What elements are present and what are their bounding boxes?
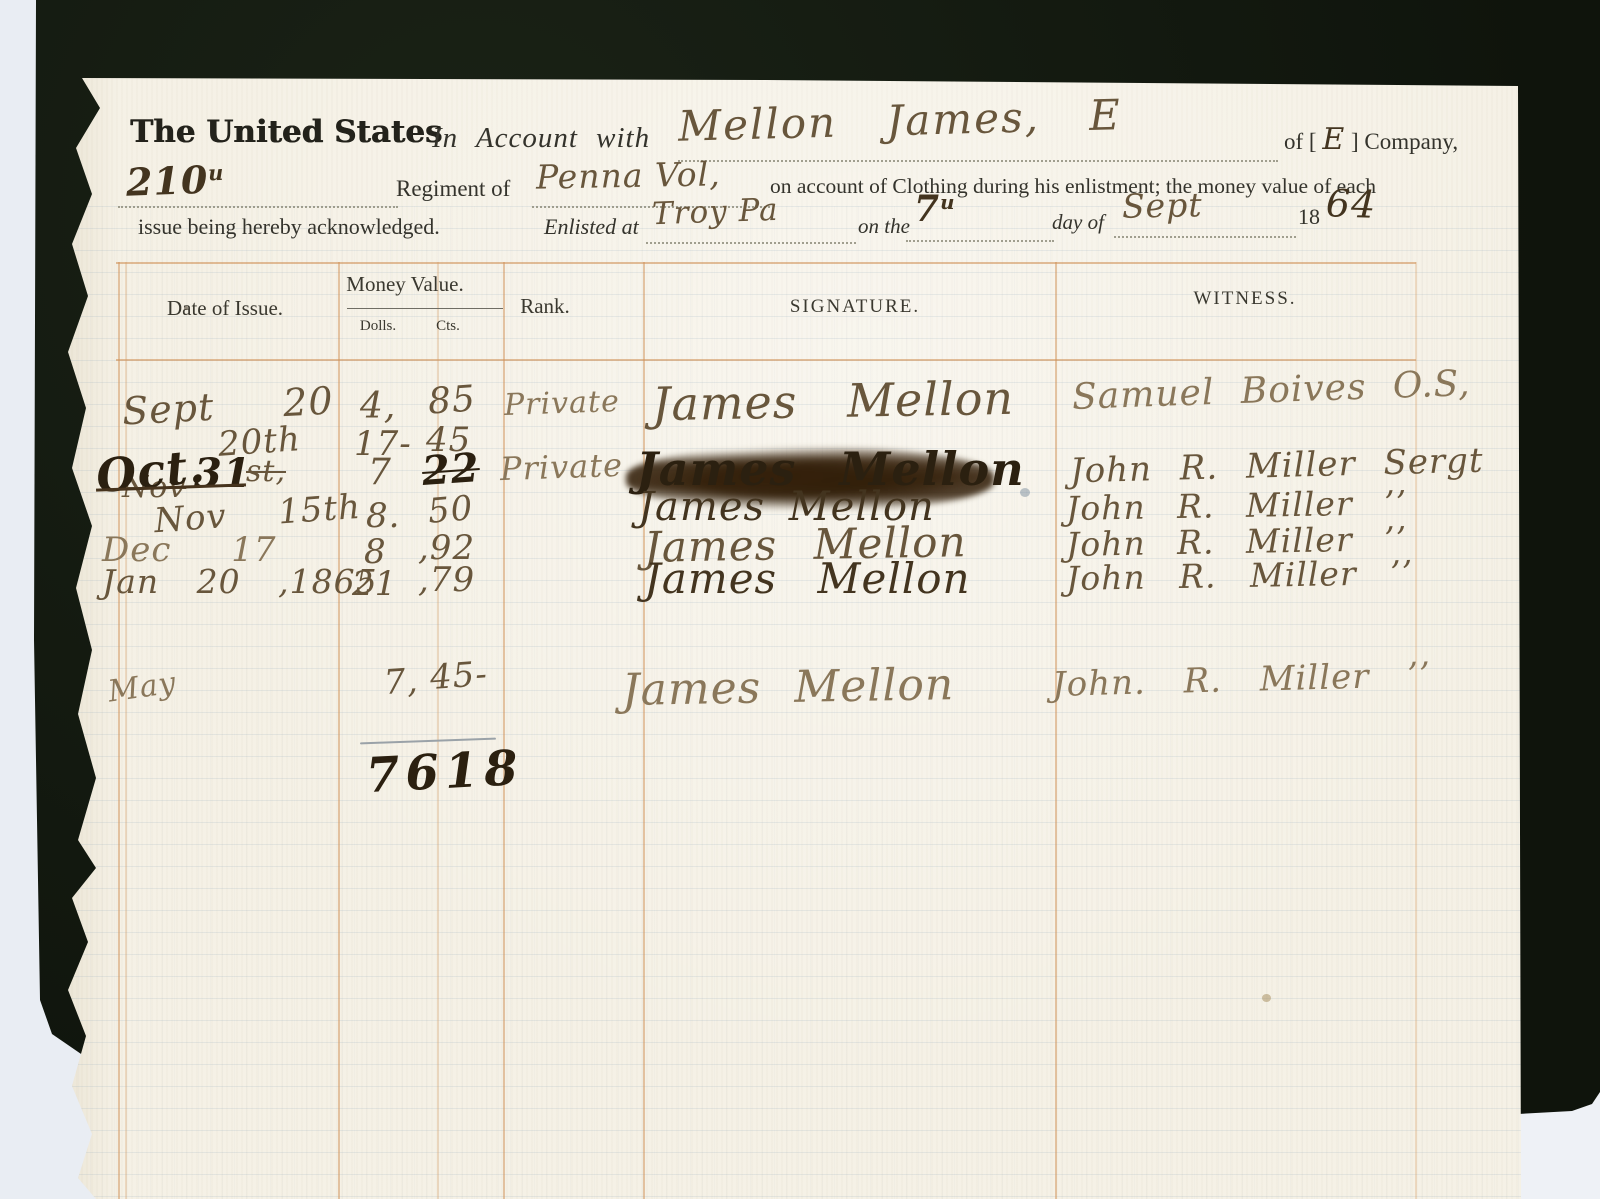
regiment-name-handwritten: Penna Vol, [536, 154, 721, 196]
regiment-number-suffix: u [208, 160, 225, 186]
column-header-dolls: Dolls. [348, 318, 408, 335]
vertical-rule [1055, 262, 1057, 1199]
horizontal-rule [116, 359, 1416, 361]
column-header-money-value: Money Value. [330, 272, 480, 297]
in-account-with-label: In Account with [432, 122, 650, 155]
vertical-rule [118, 262, 120, 1199]
vertical-rule [643, 262, 645, 1199]
cts-cell: 50 [426, 488, 475, 532]
company-of-close: ] Company, [1351, 129, 1458, 154]
scanned-document-page: { "document": { "title": "The United Sta… [0, 0, 1600, 1199]
company-letter-handwritten: E [1322, 122, 1345, 157]
enlistment-day-handwritten: 7u [914, 188, 955, 230]
vertical-rule [338, 262, 340, 1199]
company-label: of [ E ] Company, [1284, 122, 1458, 157]
regiment-number-digits: 210 [125, 157, 209, 205]
dolls-cell: 8. [366, 496, 400, 536]
dotted-fill-line [118, 206, 398, 208]
signature-cell: James Mellon [644, 554, 971, 603]
cts-cell: 45- [429, 654, 489, 698]
rank-cell: Private [503, 384, 620, 423]
enlisted-at-label: Enlisted at [544, 214, 639, 240]
enlistment-day-suffix: u [940, 190, 955, 214]
enlistment-day-digit: 7 [914, 188, 940, 230]
dolls-cell: 7 [368, 452, 392, 493]
dolls-cell: 21 [352, 564, 397, 604]
on-the-label: on the [858, 214, 910, 239]
enlistment-place-handwritten: Troy Pa [651, 192, 779, 232]
year-handwritten: 64 [1325, 181, 1377, 227]
witness-cell: John R. Miller ’’ [1066, 553, 1414, 598]
dotted-fill-line [1114, 236, 1296, 238]
column-header-cts: Cts. [418, 318, 478, 335]
total-handwritten: 7618 [365, 740, 525, 804]
regiment-of-label: Regiment of [396, 176, 510, 202]
dotted-fill-line [678, 160, 1278, 162]
year-printed-label: 18 [1298, 204, 1320, 230]
cts-cell: 22 [420, 444, 481, 495]
column-header-rank: Rank. [495, 294, 595, 319]
clothing-clause-text: on account of Clothing during his enlist… [770, 174, 1376, 199]
soldier-name-handwritten: Mellon James, E [677, 90, 1122, 151]
stain-speck [1262, 994, 1271, 1002]
form-title: The United States [130, 114, 442, 150]
cts-cell: 85 [427, 378, 478, 422]
company-of-open: of [ [1284, 129, 1317, 154]
date-day-number: 31 [194, 450, 252, 497]
dolls-cell: 4, [360, 386, 396, 427]
dotted-fill-line [646, 242, 856, 244]
column-header-date: Date of Issue. [145, 296, 305, 321]
issue-clause-text: issue being hereby acknowledged. [138, 214, 440, 240]
date-correction-text: Oct. [93, 438, 207, 503]
signature-cell: James Mellon [652, 371, 1015, 431]
regiment-number-handwritten: 210u [125, 156, 225, 204]
date-suffix-struck: st, [246, 454, 286, 489]
date-cell: Jan 20 ,1865 [102, 562, 378, 601]
horizontal-rule [116, 262, 1416, 264]
rank-cell: Private [499, 446, 623, 488]
money-value-underline [347, 308, 503, 309]
signature-cell: James Mellon [622, 659, 955, 716]
column-header-signature: SIGNATURE. [775, 296, 935, 318]
document-paper: The United States In Account with Mellon… [66, 56, 1521, 1199]
stain-speck [1020, 488, 1030, 497]
stain-speck [184, 306, 188, 310]
column-header-witness: WITNESS. [1165, 288, 1325, 310]
day-of-label: day of [1052, 210, 1104, 235]
cts-cell: ,79 [418, 560, 475, 600]
dolls-cell: 7, [383, 661, 420, 703]
enlistment-month-handwritten: Sept [1122, 185, 1203, 225]
dotted-fill-line [906, 240, 1054, 242]
